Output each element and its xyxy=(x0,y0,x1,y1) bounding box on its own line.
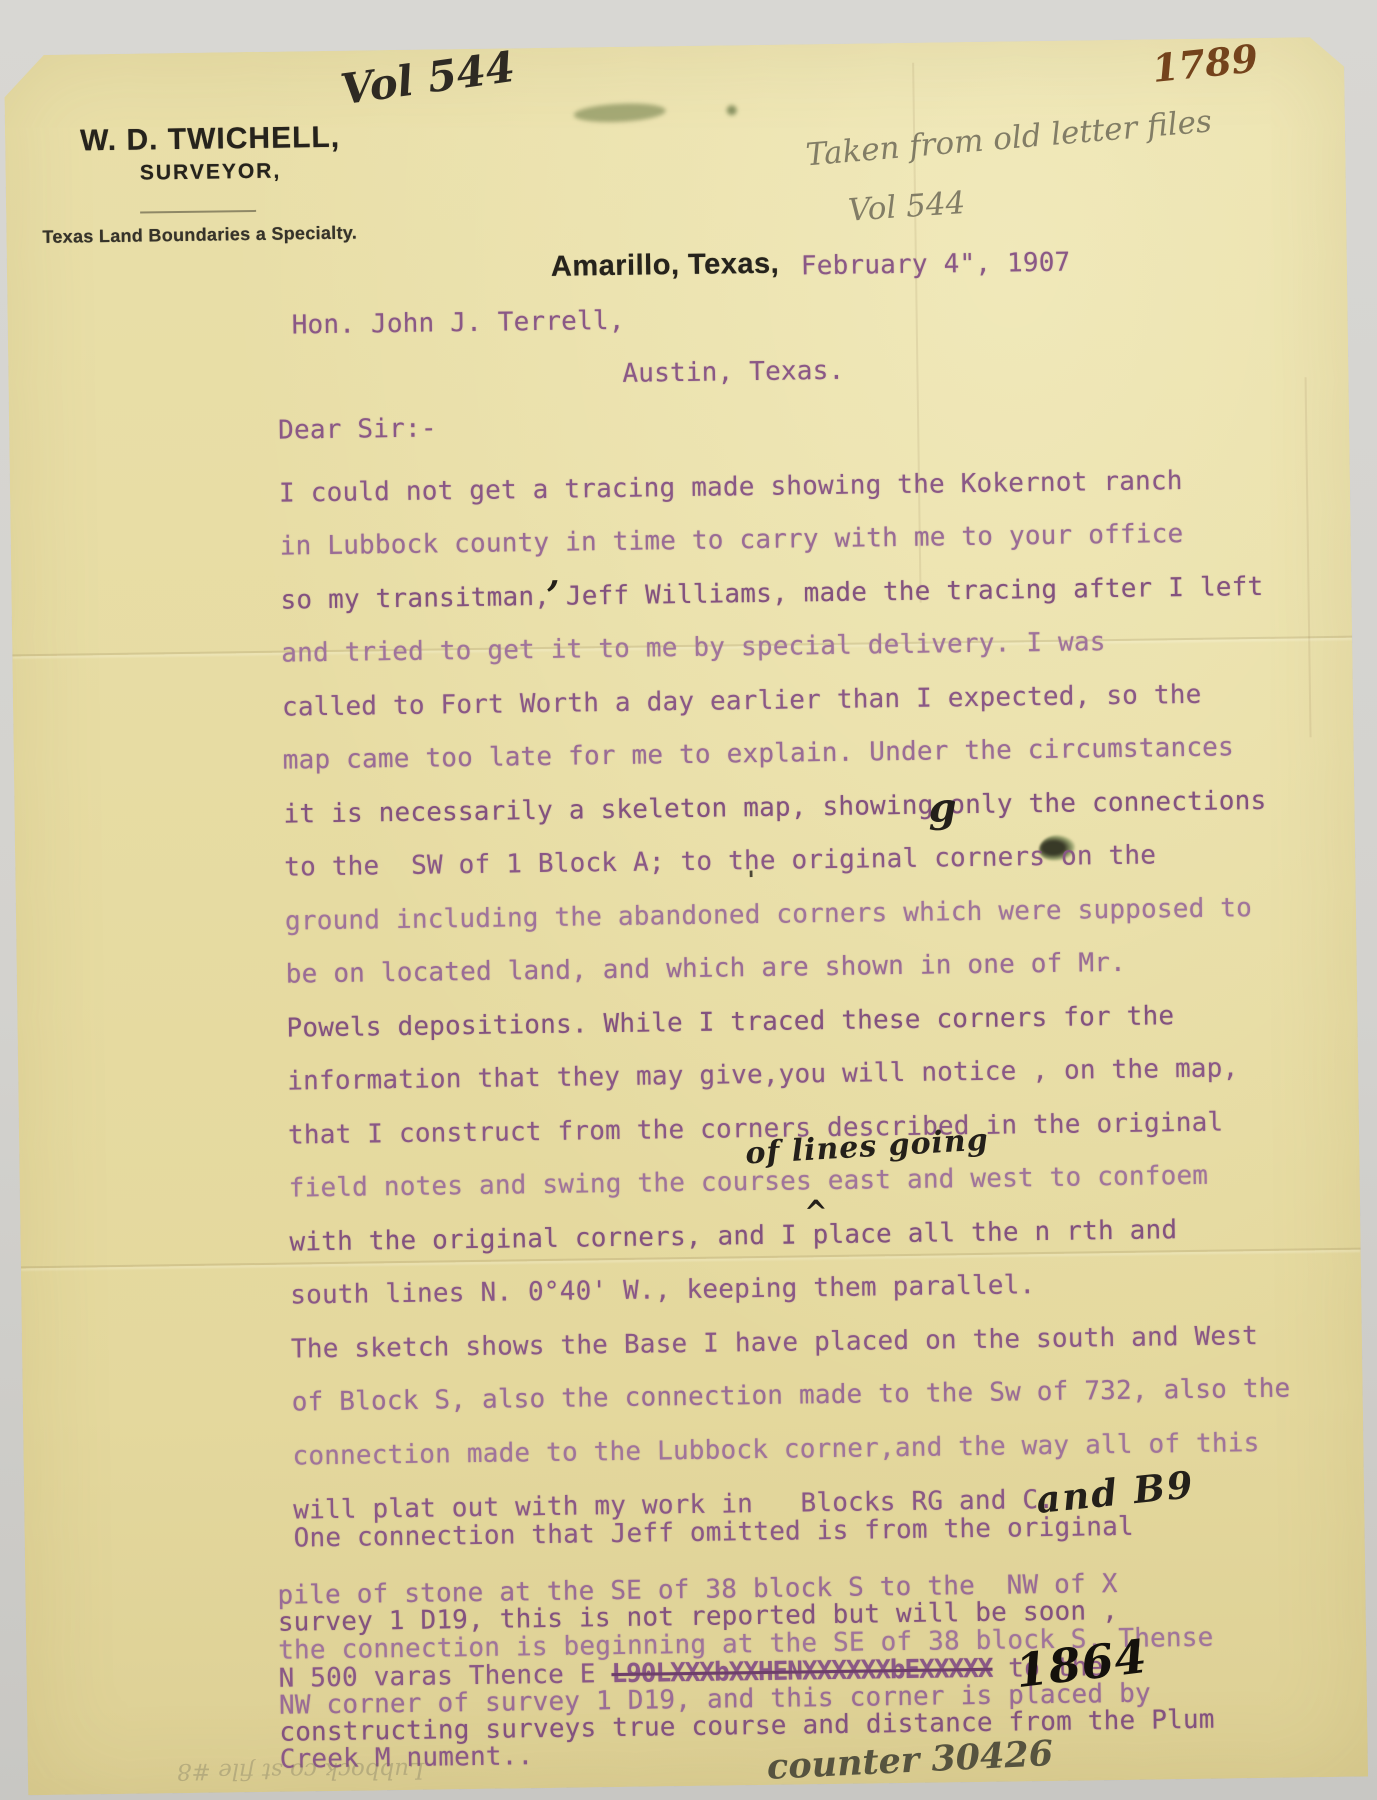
typed-line: connection made to the Lubbock corner,an… xyxy=(292,1428,1259,1471)
vertical-crease-right xyxy=(1305,377,1312,737)
scanned-letter-page: { "annotations": { "vol_top": "Vol 544",… xyxy=(0,0,1377,1800)
bottom-faint-note: Lubbock co st file #8 xyxy=(177,1757,425,1784)
vol-annotation-ink: Vol 544 xyxy=(338,42,518,114)
typed-line: called to Fort Worth a day earlier than … xyxy=(282,680,1202,723)
typed-line: The sketch shows the Base I have placed … xyxy=(291,1321,1258,1364)
dateline-place: Amarillo, Texas, xyxy=(551,248,780,284)
vol-annotation-pencil: Vol 544 xyxy=(847,185,966,229)
typed-line: of Block S, also the connection made to … xyxy=(292,1374,1291,1418)
typed-line: it is necessarily a skeleton map, showin… xyxy=(283,786,1266,830)
salutation: Dear Sir:- xyxy=(278,413,437,445)
letterhead-title: SURVEYOR, xyxy=(55,158,365,186)
green-ink-dot xyxy=(727,105,737,115)
typed-line: information that they may give,you will … xyxy=(287,1053,1239,1096)
recipient-city: Austin, Texas. xyxy=(622,356,844,389)
typed-line: Powels depositions. While I traced these… xyxy=(286,1001,1174,1043)
dateline-date: February 4", 1907 xyxy=(801,248,1071,282)
counter-annotation: counter 30426 xyxy=(766,1733,1054,1788)
typed-line: and tried to get it to me by special del… xyxy=(281,627,1106,669)
inserted-comma: , xyxy=(547,553,560,595)
typed-line: ground including the abandoned corners w… xyxy=(285,893,1252,936)
letterhead-rule xyxy=(140,210,256,214)
tick-mark: ' xyxy=(747,865,755,894)
green-ink-smudge xyxy=(573,102,666,124)
typed-line: in Lubbock county in time to carry with … xyxy=(280,519,1184,562)
insertion-caret: ^ xyxy=(804,1193,828,1233)
recipient-name: Hon. John J. Terrell, xyxy=(292,306,625,341)
typed-line: to the SW of 1 Block A; to the original … xyxy=(284,840,1156,882)
letterhead-name: W. D. TWICHELL, xyxy=(55,120,365,158)
taken-from-note: Taken from old letter files xyxy=(804,103,1213,173)
letter-body: I could not get a tracing made showing t… xyxy=(4,37,1344,56)
file-number-annotation: 1789 xyxy=(1150,35,1260,90)
letterhead-tagline: Texas Land Boundaries a Specialty. xyxy=(42,223,357,248)
typed-line: be on located land, and which are shown … xyxy=(286,948,1127,990)
typed-line: south lines N. 0°40' W., keeping them pa… xyxy=(290,1270,1035,1310)
typed-line: so my transitman, Jeff Williams, made th… xyxy=(280,572,1263,616)
and-b9-annotation: and B9 xyxy=(1034,1462,1196,1522)
letter-paper: Vol 544 1789 Taken from old letter files… xyxy=(4,37,1368,1796)
typed-line: I could not get a tracing made showing t… xyxy=(279,466,1183,509)
g-correction: g xyxy=(928,784,957,831)
typed-line: map came too late for me to explain. Und… xyxy=(283,732,1235,775)
